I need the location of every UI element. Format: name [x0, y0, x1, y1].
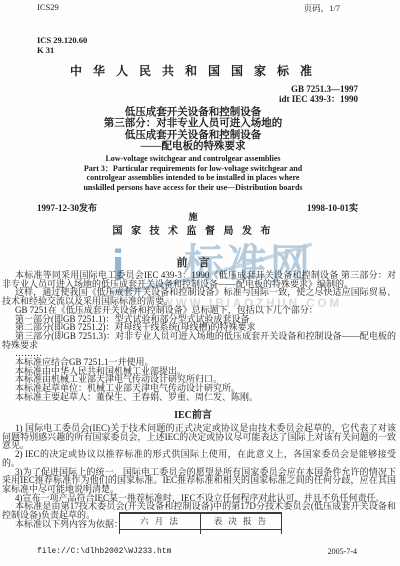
iec-paragraph: 3)为了促进国际上的统一，国际电工委员会的愿望是所有国家委员会应在本国条件允许的…: [2, 468, 396, 494]
vote-table-cell: [201, 530, 282, 535]
title-cn-line: ——配电板的特殊要求: [0, 141, 386, 152]
title-en-line: controlgear assemblies intended to be in…: [0, 173, 386, 183]
foreword-paragraph: 本标准主要起草人：董保生、王春娟、罗重、周仁发、陈刚。: [2, 393, 396, 402]
title-cn-line: 第三部分：对非专业人员可进入场地的: [0, 118, 386, 129]
foreword-paragraph: 这样，通过使我国《低压成套开关设备和控制设备》标准与国际一致，使之尽快适应国际贸…: [2, 288, 396, 305]
foreword-paragraph: 本标准等同采用国际电工委员会IEC 439-3：1990《低压成套开关设备和控制…: [2, 271, 396, 288]
print-header: ICS29 页码，1/7: [37, 2, 340, 14]
voting-basis-table: 六 月 法 表 决 报 告: [119, 512, 282, 534]
ics-block: ICS 29.120.60 K 31: [37, 36, 87, 55]
title-en-line: unskilled persons have access for their …: [0, 183, 386, 193]
foreword-paragraph: 第三部分(即GB 7251.3)：对非专业人员可进入场地的低压成套开关设备和控制…: [2, 332, 396, 349]
print-header-page-number: 页码，1/7: [304, 2, 340, 14]
idt-number: idt IEC 439-3：1990: [279, 94, 358, 104]
iec-paragraph: 2) IEC的决定或协议以推荐标准的形式供国际上使用，在此意义上，各国家委员会是…: [2, 450, 396, 467]
title-cn-line: 低压成套开关设备和控制设备: [0, 107, 386, 118]
title-en-line: Low-voltage switchgear and controlgear a…: [0, 154, 386, 164]
vote-table-header-voting-report: 表 决 报 告: [201, 513, 282, 530]
title-cn-line: 低压成套开关设备和控制设备: [0, 130, 386, 141]
document-page: i 标准网 WWW.IBIAOZHUN.COM ICS29 页码，1/7 ICS…: [0, 0, 400, 566]
title-en-line: Part 3：Particular requirements for low-v…: [0, 164, 386, 174]
issuer-line: 国 家 技 术 监 督 局 发 布: [0, 222, 386, 237]
print-footer: file://C:\dlhb2002\WJ233.htm 2005-7-4: [37, 547, 357, 556]
footer-date: 2005-7-4: [328, 547, 357, 556]
ics-class-code: K 31: [37, 46, 87, 56]
iec-paragraph: 1) 国际电工委员会(IEC)关于技术问题的正式决定或协议是由技术委员会起草的，…: [2, 424, 396, 450]
vote-table-row-truncated: [120, 530, 282, 535]
standard-number: GB 7251.3—1997: [279, 84, 358, 94]
standard-number-block: GB 7251.3—1997 idt IEC 439-3：1990: [279, 84, 358, 104]
national-standard-title: 中 华 人 民 共 和 国 国 家 标 准: [0, 62, 386, 79]
title-english: Low-voltage switchgear and controlgear a…: [0, 154, 386, 192]
foreword-body: 本标准等同采用国际电工委员会IEC 439-3：1990《低压成套开关设备和控制…: [2, 271, 396, 402]
vote-table-cell: [120, 530, 201, 535]
print-header-left: ICS29: [37, 2, 59, 14]
foreword-heading: 前 言: [0, 254, 386, 270]
vote-table-header-six-month-rule: 六 月 法: [120, 513, 201, 530]
title-chinese: 低压成套开关设备和控制设备 第三部分：对非专业人员可进入场地的 低压成套开关设备…: [0, 107, 386, 153]
iec-foreword-heading: IEC前言: [0, 406, 386, 421]
footer-file-path: file://C:\dlhb2002\WJ233.htm: [37, 547, 171, 556]
